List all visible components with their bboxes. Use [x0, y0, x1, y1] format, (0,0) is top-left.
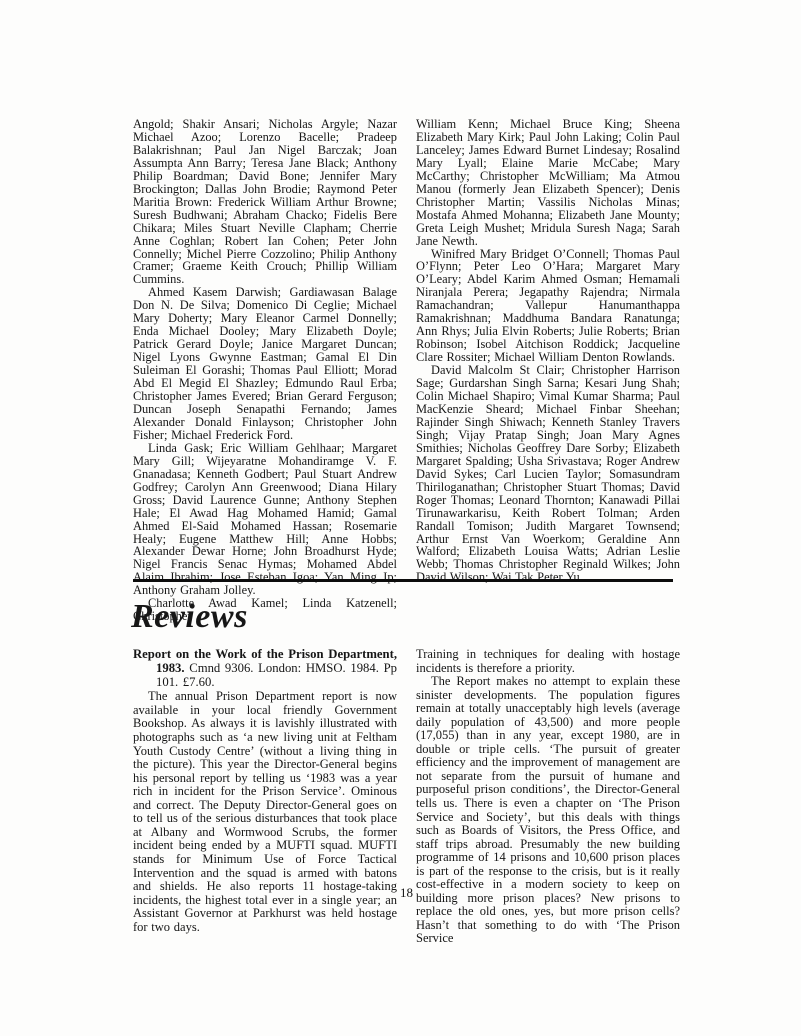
names-paragraph-darwish: Ahmed Kasem Darwish; Gardiawasan Balage … [133, 286, 397, 441]
review-body-continuation: Training in techniques for dealing with … [416, 648, 680, 675]
journal-page: Angold; Shakir Ansari; Nicholas Argyle; … [0, 0, 801, 1036]
names-paragraph-kenn: William Kenn; Michael Bruce King; Sheena… [416, 118, 680, 248]
names-right-column: William Kenn; Michael Bruce King; Sheena… [416, 118, 680, 623]
membership-list: Angold; Shakir Ansari; Nicholas Argyle; … [133, 118, 680, 623]
reviews-section-heading: Reviews [131, 599, 248, 635]
review-title: Report on the Work of the Prison Departm… [133, 648, 397, 689]
section-divider-rule [133, 579, 673, 582]
names-paragraph-oconnell: Winifred Mary Bridget O’Connell; Thomas … [416, 248, 680, 365]
review-body-paragraph: The Report makes no attempt to explain t… [416, 675, 680, 946]
names-paragraph-angold: Angold; Shakir Ansari; Nicholas Argyle; … [133, 118, 397, 286]
review-left-column: Report on the Work of the Prison Departm… [133, 648, 397, 946]
names-left-column: Angold; Shakir Ansari; Nicholas Argyle; … [133, 118, 397, 623]
review-citation: Cmnd 9306. London: HMSO. 1984. Pp 101. £… [156, 661, 397, 689]
names-paragraph-stclair: David Malcolm St Clair; Christopher Harr… [416, 364, 680, 584]
review-right-column: Training in techniques for dealing with … [416, 648, 680, 946]
review-article: Report on the Work of the Prison Departm… [133, 648, 680, 946]
page-number: 18 [133, 885, 680, 901]
names-paragraph-gask: Linda Gask; Eric William Gehlhaar; Marga… [133, 442, 397, 597]
